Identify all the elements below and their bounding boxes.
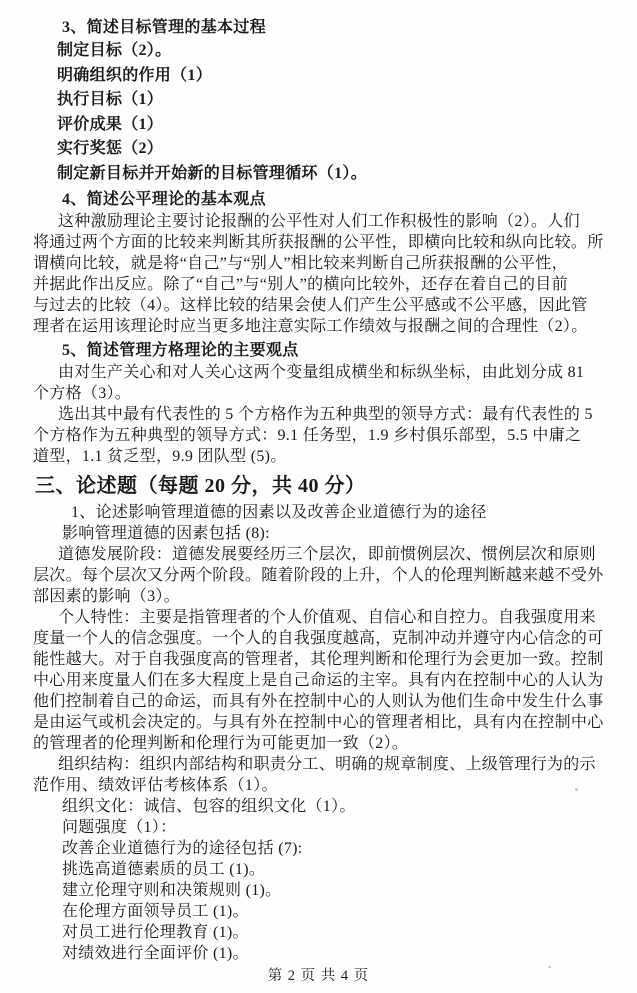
scan-speck xyxy=(408,652,410,654)
paragraph-line: 由对生产关心和对人关心这两个变量组成横坐和标纵坐标，由此划分成 81 xyxy=(33,362,609,383)
paragraph-line: 选出其中最有代表性的 5 个方格作为五种典型的领导方式：最有代表性的 5 xyxy=(33,404,609,425)
answer-item: 挑选高道德素质的员工 (1)。 xyxy=(33,859,609,880)
answer-item: 改善企业道德行为的途径包括 (7): xyxy=(33,838,609,859)
answer-item: 建立伦理守则和决策规则 (1)。 xyxy=(33,880,609,901)
paragraph-line: 范作用、绩效评估考核体系（1）。 xyxy=(33,775,609,796)
paragraph-line: 组织结构：组织内部结构和职责分工、明确的规章制度、上级管理行为的示 xyxy=(33,754,609,775)
paragraph-line: 能性越大。对于自我强度高的管理者，其伦理判断和伦理行为会更加一致。控制 xyxy=(33,649,609,670)
answer-item: 制定新目标并开始新的目标管理循环（1）。 xyxy=(33,162,609,187)
answer-item: 影响管理道德的因素包括 (8): xyxy=(33,523,609,544)
paragraph-line: 度量一个人的信念强度。一个人的自我强度越高，克制冲动并遵守内心信念的可 xyxy=(33,628,609,649)
paragraph-line: 与过去的比较（4）。这样比较的结果会使人们产生公平感或不公平感，因此管 xyxy=(33,295,609,316)
paragraph-line: 理者在运用该理论时应当更多地注意实际工作绩效与报酬之间的合理性（2）。 xyxy=(33,316,609,337)
answer-item: 问题强度（1）： xyxy=(33,817,609,838)
paragraph-line: 是由运气或机会决定的。与具有外在控制中心的管理者相比，具有内在控制中心 xyxy=(33,712,609,733)
section-heading: 三、论述题（每题 20 分，共 40 分） xyxy=(33,473,609,500)
answer-item: 执行目标（1） xyxy=(33,88,609,113)
paragraph-line: 中心用来度量人们在多大程度上是自己命运的主宰。具有内在控制中心的人认为 xyxy=(33,670,609,691)
paragraph-line: 个方格（3）。 xyxy=(33,383,609,404)
paragraph-line: 并据此作出反应。除了“自己”与“别人”的横向比较外，还存在着自己的目前 xyxy=(33,274,609,295)
document-body: 3、简述目标管理的基本过程制定目标（2）。明确组织的作用（1）执行目标（1）评价… xyxy=(33,17,609,964)
question-heading: 5、简述管理方格理论的主要观点 xyxy=(33,340,609,362)
answer-item: 实行奖惩（2） xyxy=(33,137,609,162)
answer-item: 对绩效进行全面评价 (1)。 xyxy=(33,943,609,964)
answer-item: 明确组织的作用（1） xyxy=(33,64,609,89)
paragraph-line: 谓横向比较，就是将“自己”与“别人”相比较来判断自己所获报酬的公平性， xyxy=(33,253,609,274)
question-heading: 4、简述公平理论的基本观点 xyxy=(33,189,609,211)
paragraph-line: 个方格作为五种典型的领导方式：9.1 任务型，1.9 乡村俱乐部型，5.5 中庸… xyxy=(33,425,609,446)
answer-item: 对员工进行伦理教育 (1)。 xyxy=(33,922,609,943)
paragraph-line: 道德发展阶段：道德发展要经历三个层次，即前惯例层次、惯例层次和原则 xyxy=(33,544,609,565)
scan-speck xyxy=(548,966,551,968)
document-page: 3、简述目标管理的基本过程制定目标（2）。明确组织的作用（1）执行目标（1）评价… xyxy=(0,0,637,993)
paragraph-line: 这种激励理论主要讨论报酬的公平性对人们工作积极性的影响（2）。人们 xyxy=(33,211,609,232)
scan-speck xyxy=(575,788,578,791)
paragraph-line: 部因素的影响（3）。 xyxy=(33,586,609,607)
question-heading: 3、简述目标管理的基本过程 xyxy=(33,17,609,39)
paragraph-line: 道型，1.1 贫乏型，9.9 团队型 (5)。 xyxy=(33,446,609,467)
answer-item: 组织文化：诚信、包容的组织文化（1）。 xyxy=(33,796,609,817)
question-title: 1、论述影响管理道德的因素以及改善企业道德行为的途径 xyxy=(33,502,609,523)
answer-item: 在伦理方面领导员工 (1)。 xyxy=(33,901,609,922)
answer-item: 评价成果（1） xyxy=(33,113,609,138)
answer-item: 制定目标（2）。 xyxy=(33,39,609,64)
paragraph-line: 个人特性：主要是指管理者的个人价值观、自信心和自控力。自我强度用来 xyxy=(33,607,609,628)
paragraph-line: 层次。每个层次又分两个阶段。随着阶段的上升，个人的伦理判断越来越不受外 xyxy=(33,565,609,586)
paragraph-line: 将通过两个方面的比较来判断其所获报酬的公平性，即横向比较和纵向比较。所 xyxy=(33,232,609,253)
page-footer: 第 2 页 共 4 页 xyxy=(0,964,637,985)
paragraph-line: 他们控制着自己的命运，而具有外在控制中心的人则认为他们生命中发生什么事 xyxy=(33,691,609,712)
paragraph-line: 的管理者的伦理判断和伦理行为可能更加一致（2）。 xyxy=(33,733,609,754)
